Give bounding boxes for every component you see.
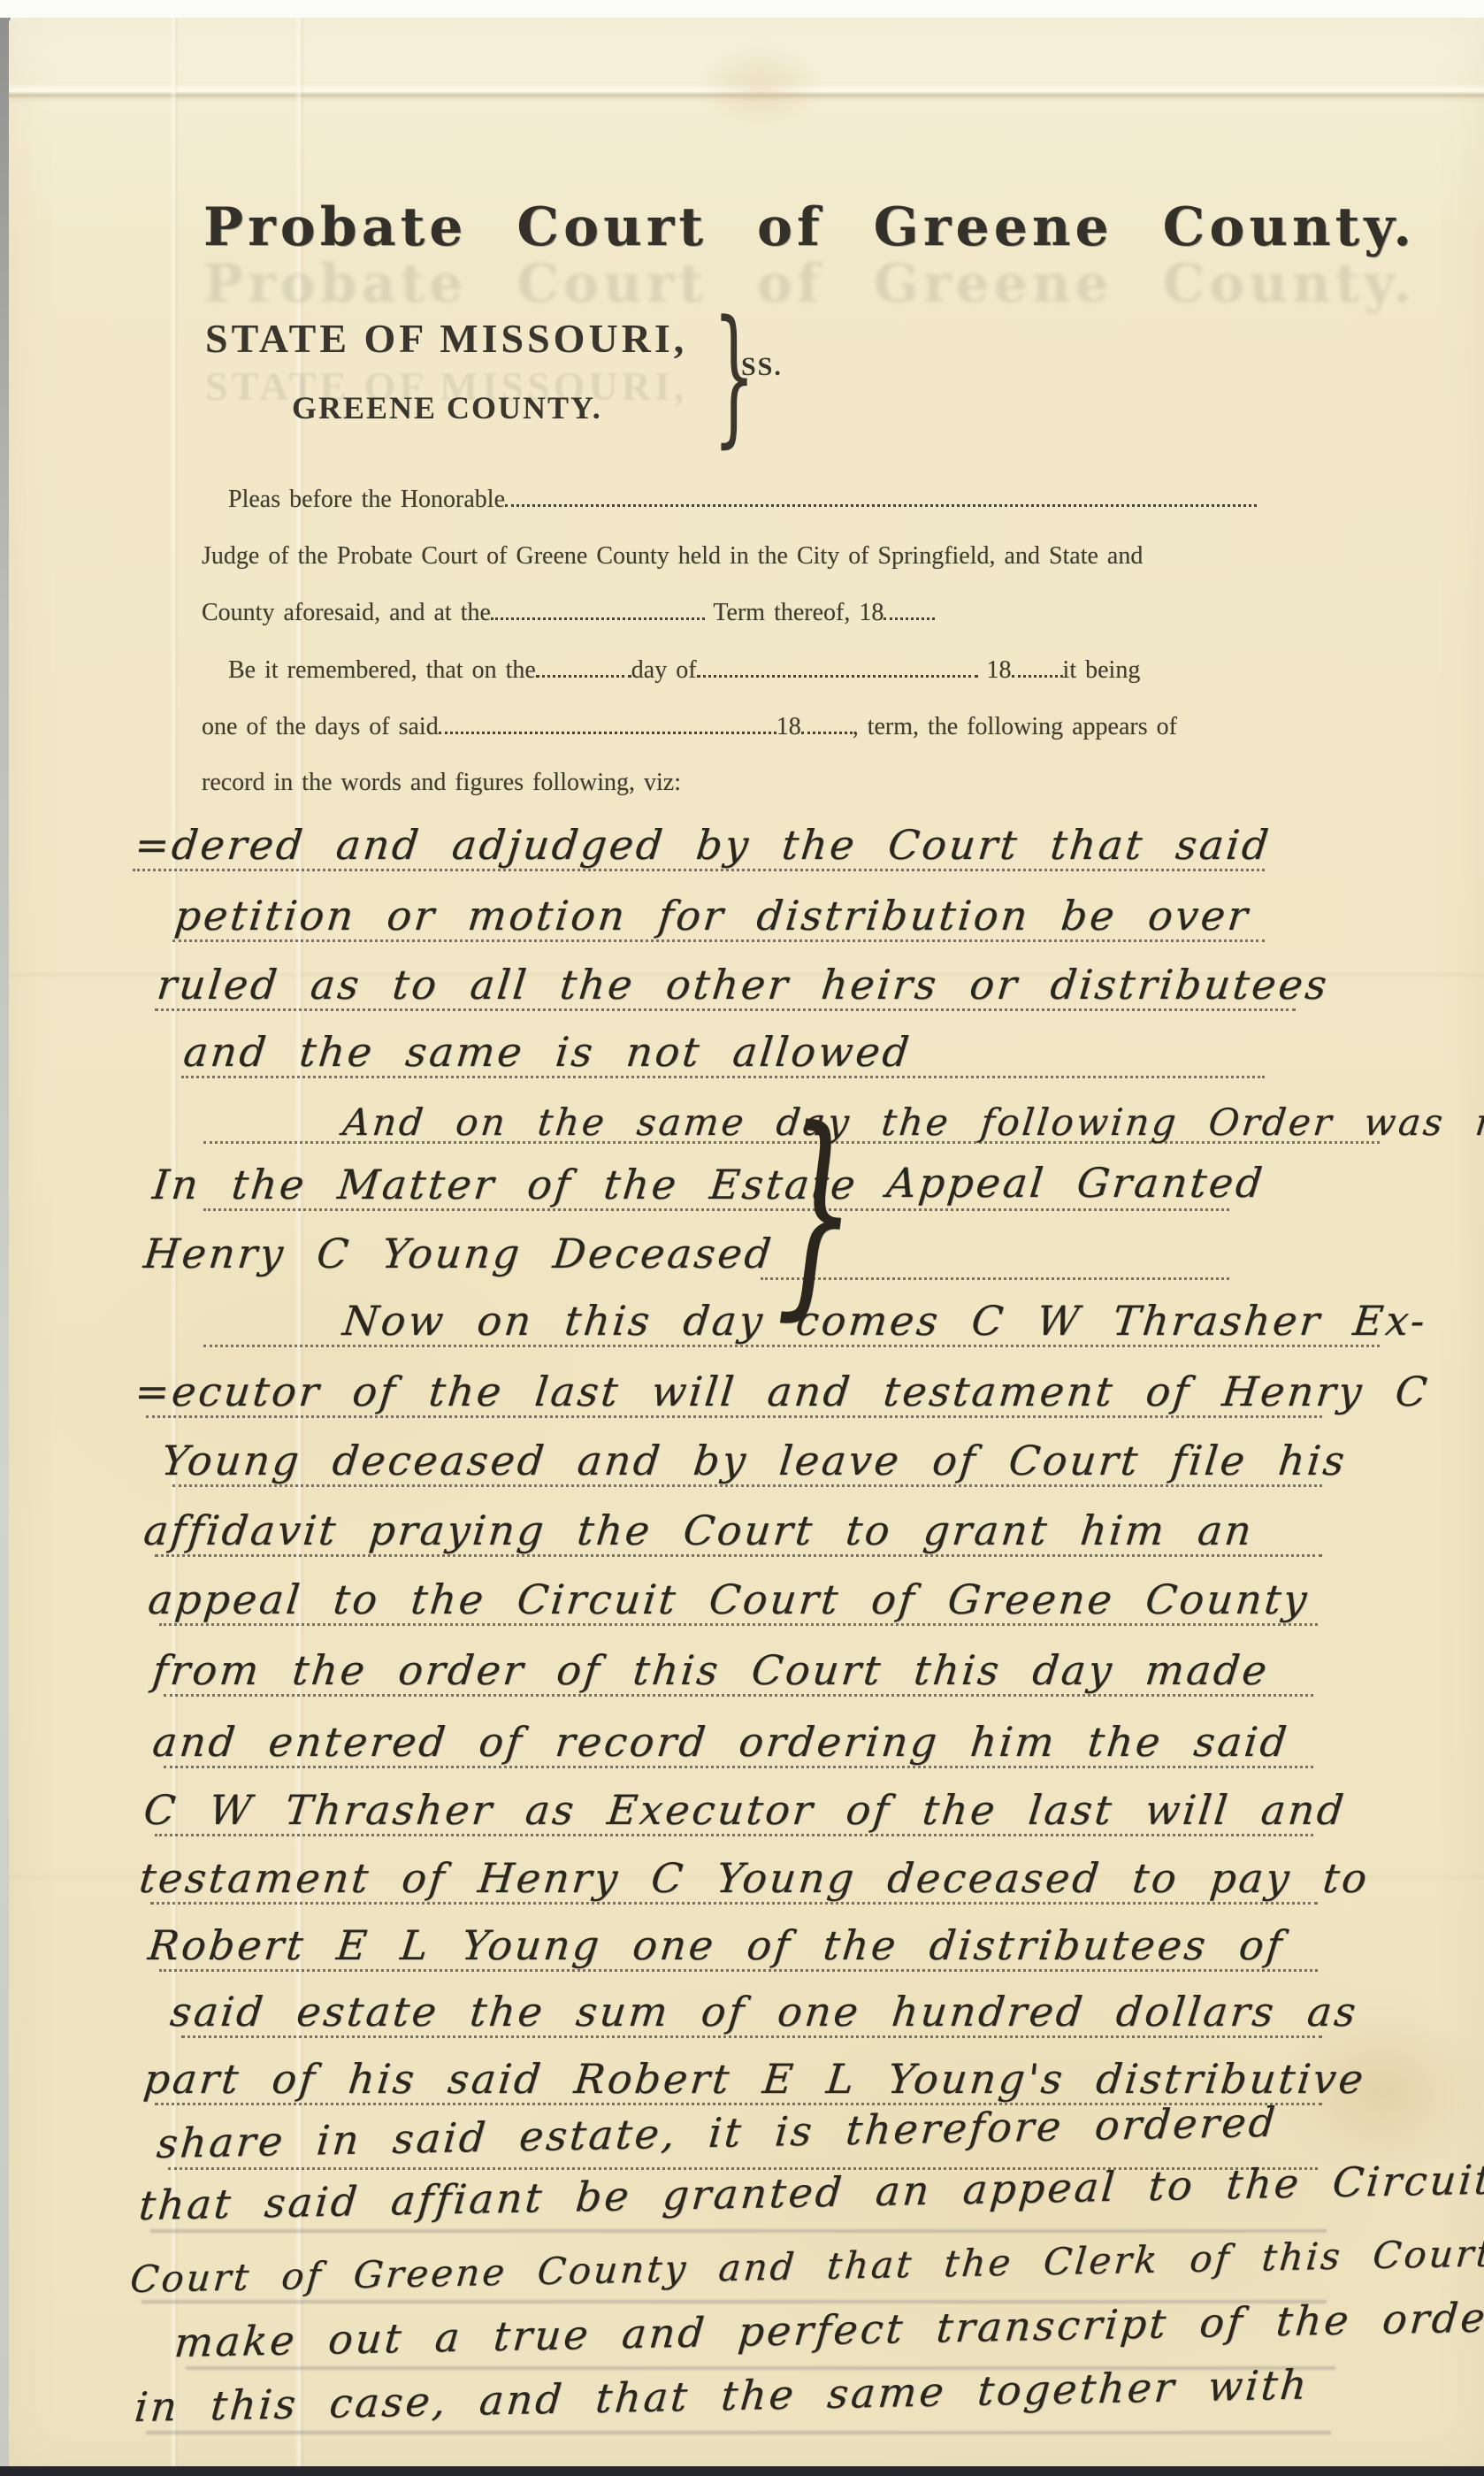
dotted-leader	[801, 716, 853, 734]
form-judge-text: Judge of the Probate Court of Greene Cou…	[202, 542, 1143, 570]
manuscript-line: And on the same day the following Order …	[340, 1099, 1484, 1146]
ruled-line	[172, 1484, 1322, 1487]
form-line-county: County aforesaid, and at the Term thereo…	[202, 599, 935, 627]
ruled-line	[172, 939, 1265, 942]
state-label: STATE OF MISSOURI,	[205, 315, 687, 362]
manuscript-line: Appeal Granted	[884, 1159, 1267, 1207]
ruled-line	[159, 1969, 1318, 1972]
manuscript-line: Now on this day comes C W Thrasher Ex-	[340, 1297, 1429, 1345]
manuscript-line: affidavit praying the Court to grant him…	[142, 1506, 1256, 1554]
form-year-b: 18	[776, 713, 801, 740]
form-record-text: record in the words and figures followin…	[202, 769, 681, 796]
scan-background: Probate Court of Greene County. Probate …	[0, 0, 1484, 2476]
manuscript-line: testament of Henry C Young deceased to p…	[137, 1854, 1372, 1902]
ruled-line	[203, 1208, 1229, 1211]
manuscript-brace: }	[776, 1099, 858, 1326]
form-dayof-text: day of	[631, 656, 697, 684]
ruled-line	[155, 1834, 1313, 1836]
manuscript-line: Young deceased and by leave of Court fil…	[159, 1437, 1350, 1484]
ruled-line	[181, 2035, 1322, 2038]
ruled-line	[164, 1766, 1313, 1768]
stain-top-center	[699, 42, 822, 131]
page-title-ghost: Probate Court of Greene County.	[203, 253, 1380, 315]
ruled-line	[146, 2431, 1331, 2434]
form-term-tail: , term, the following appears of	[853, 713, 1177, 740]
form-pleas-text: Pleas before the Honorable	[228, 486, 505, 513]
manuscript-line: ruled as to all the other heirs or distr…	[155, 961, 1331, 1008]
manuscript-line: from the order of this Court this day ma…	[150, 1646, 1272, 1694]
manuscript-line: and the same is not allowed	[181, 1028, 914, 1076]
ruled-line	[155, 1554, 1322, 1557]
page-title: Probate Court of Greene County.	[203, 196, 1380, 258]
ruled-line	[181, 1076, 1265, 1078]
ruled-line	[155, 1008, 1296, 1011]
manuscript-line: =dered and adjudged by the Court that sa…	[133, 821, 1274, 869]
manuscript-line: petition or motion for distribution be o…	[172, 892, 1252, 939]
dotted-leader	[505, 488, 1257, 507]
manuscript-line: appeal to the Circuit Court of Greene Co…	[146, 1575, 1312, 1623]
form-line-judge: Judge of the Probate Court of Greene Cou…	[202, 542, 1143, 571]
form-remember-text: Be it remembered, that on the	[228, 656, 536, 684]
ruled-line	[164, 1694, 1313, 1697]
form-line-pleas: Pleas before the Honorable	[228, 486, 1257, 514]
manuscript-line: and entered of record ordering him the s…	[150, 1718, 1291, 1766]
manuscript-line: C W Thrasher as Executor of the last wil…	[142, 1786, 1349, 1834]
dotted-leader	[439, 716, 776, 734]
ruled-line	[150, 2229, 1327, 2233]
form-county-text: County aforesaid, and at the	[202, 599, 491, 626]
ruled-line	[203, 1345, 1380, 1347]
dotted-leader	[1012, 659, 1063, 678]
manuscript-line: In the Matter of the Estate	[150, 1161, 860, 1208]
form-line-remember: Be it remembered, that on theday of 18it…	[228, 656, 1140, 685]
ruled-line	[150, 1902, 1318, 1905]
dotted-leader	[536, 659, 631, 678]
form-year-a: 18	[987, 656, 1012, 684]
ruled-line	[146, 1415, 1322, 1418]
manuscript-line: Robert E L Young one of the distributees…	[146, 1921, 1287, 1969]
bottom-scan-edge	[0, 2466, 1484, 2476]
dotted-leader	[884, 602, 935, 620]
form-line-record: record in the words and figures followin…	[202, 769, 681, 797]
manuscript-line: said estate the sum of one hundred dolla…	[168, 1988, 1360, 2035]
form-days-text: one of the days of said	[202, 713, 439, 740]
ruled-line	[159, 1623, 1318, 1626]
form-term-text: Term thereof, 18	[713, 599, 884, 626]
manuscript-line: =ecutor of the last will and testament o…	[133, 1368, 1432, 1415]
manuscript-line: part of his said Robert E L Young's dist…	[142, 2055, 1368, 2103]
ruled-line	[133, 869, 1265, 871]
dotted-leader	[697, 659, 978, 678]
form-line-days: one of the days of said18, term, the fol…	[202, 713, 1177, 741]
dotted-leader	[491, 602, 705, 620]
manuscript-line: Henry C Young Deceased	[142, 1230, 776, 1277]
ss-label: SS.	[741, 352, 783, 382]
form-being-text: it being	[1063, 656, 1141, 684]
county-label: GREENE COUNTY.	[292, 389, 602, 426]
